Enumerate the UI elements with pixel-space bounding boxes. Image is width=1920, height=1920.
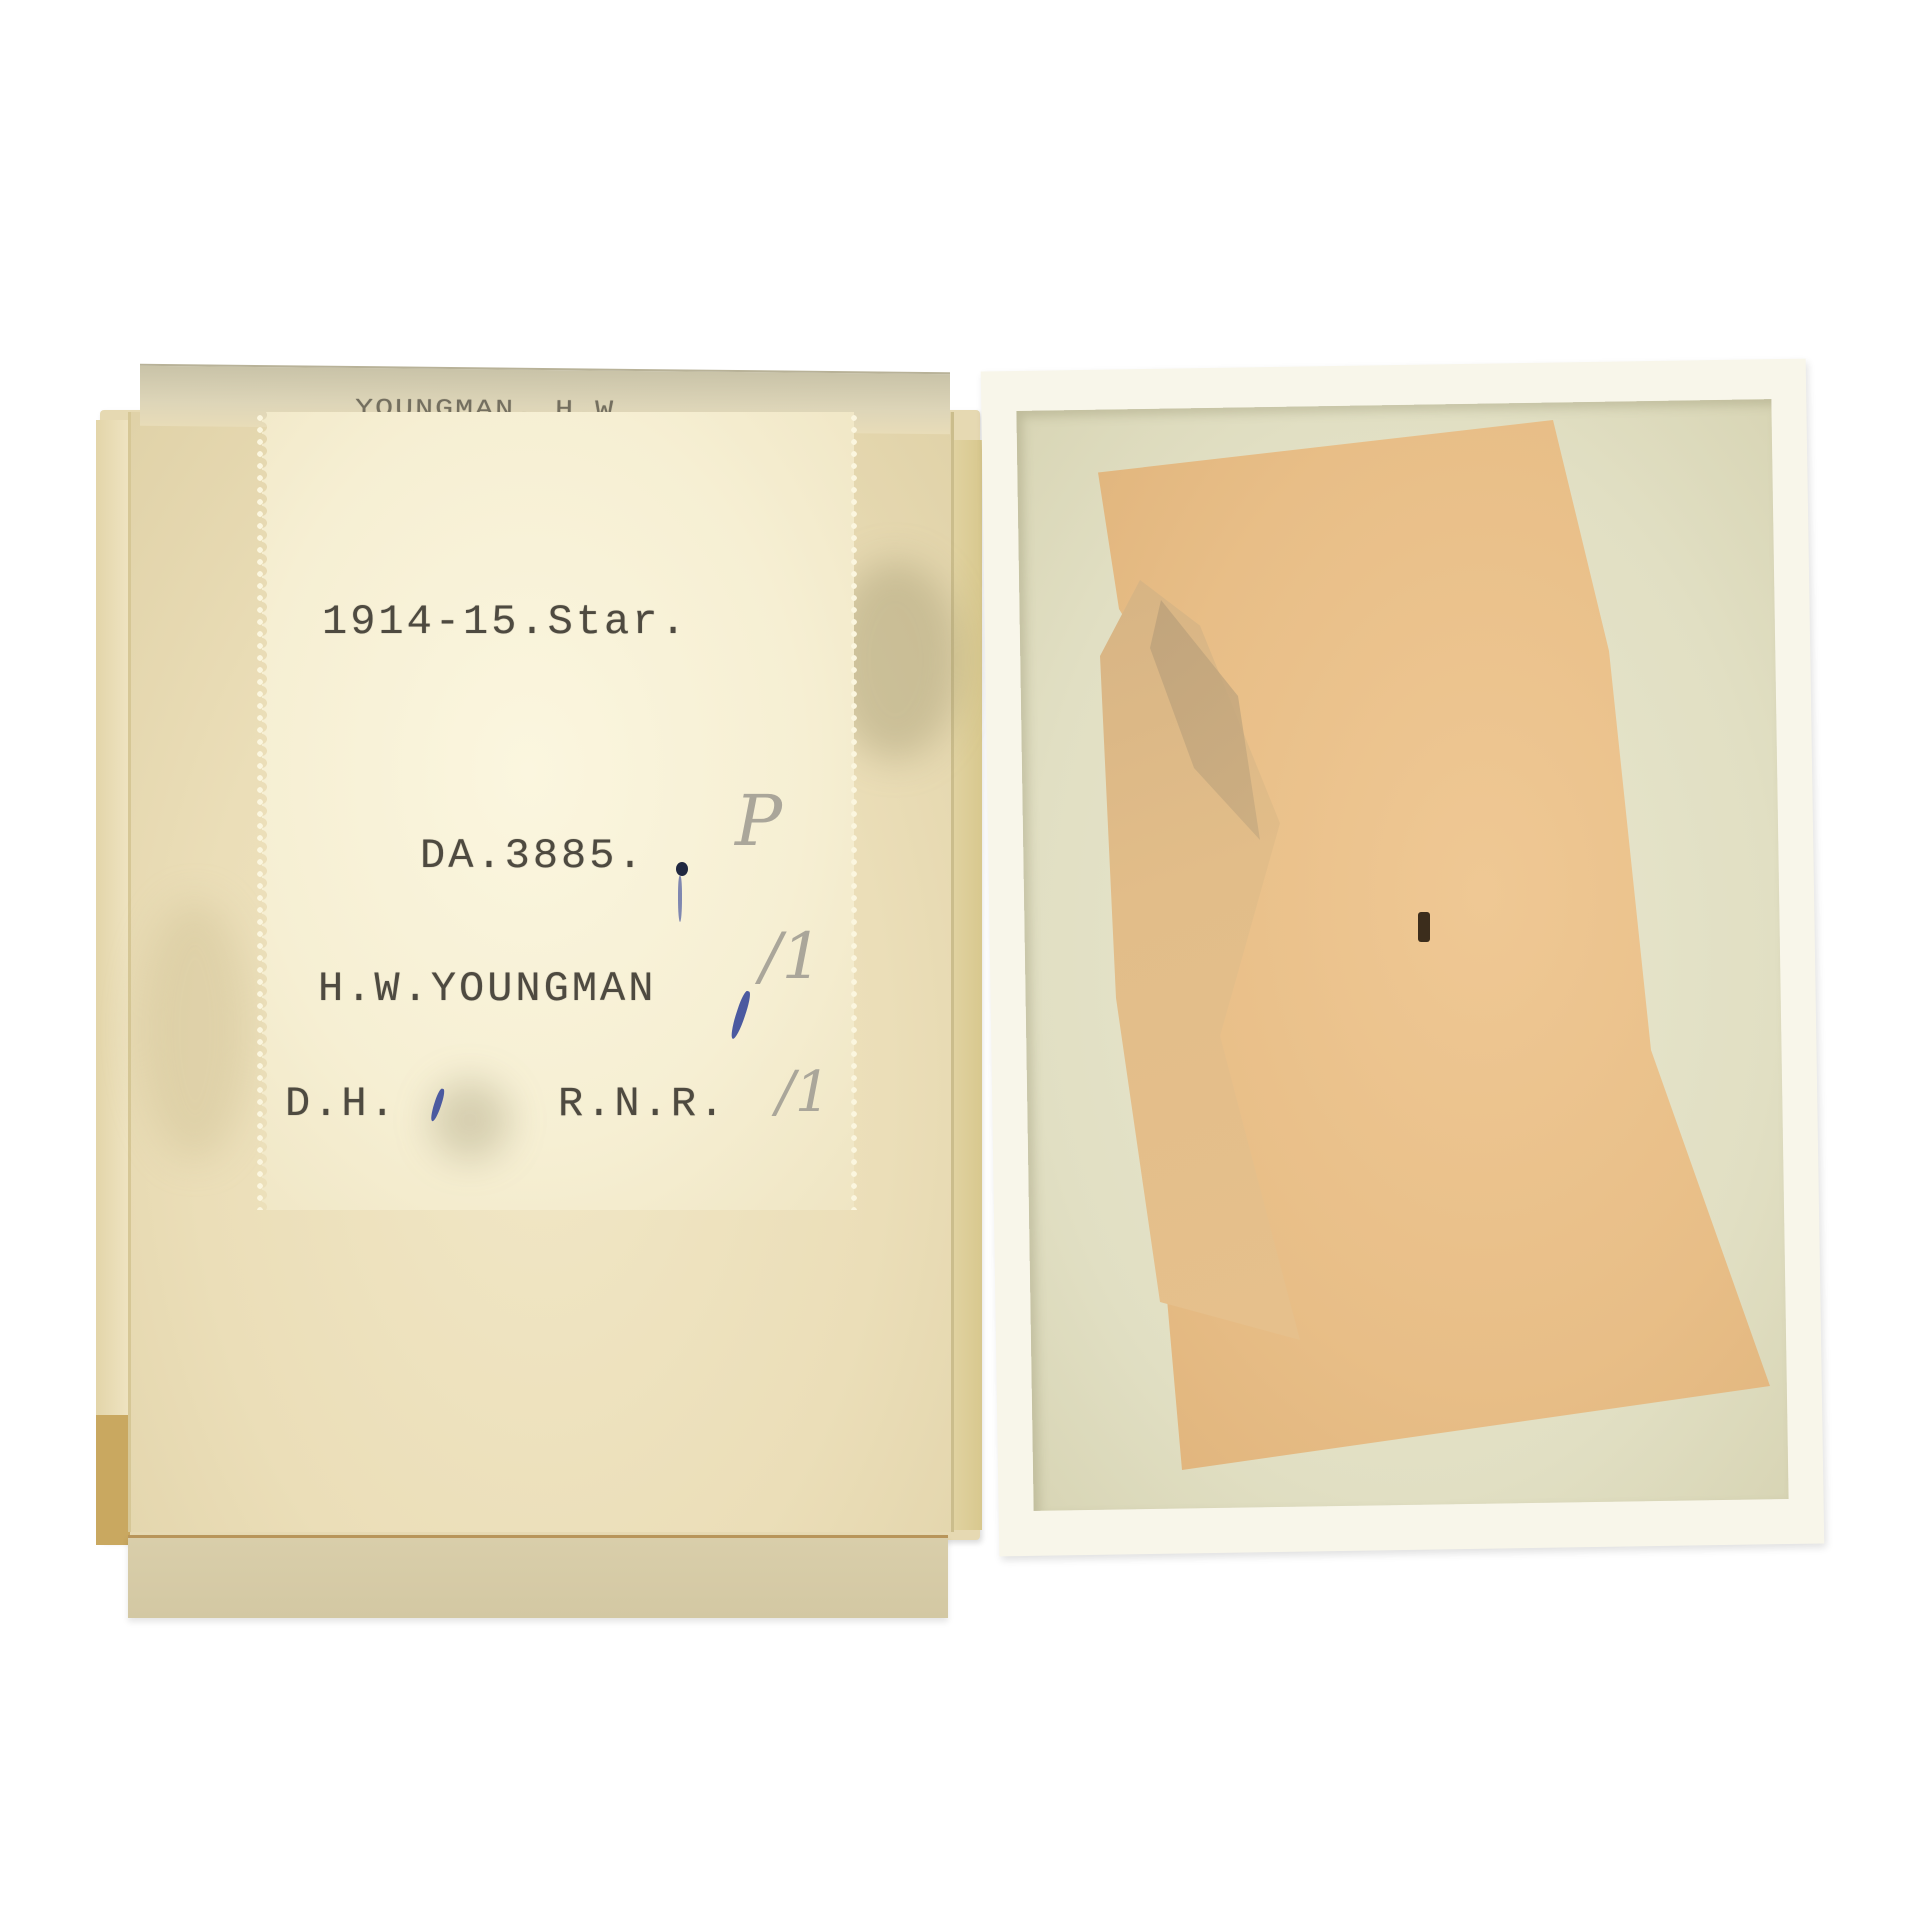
label-left-perforation [256, 412, 264, 1210]
pencil-mark: /1 [760, 920, 822, 994]
pencil-mark: P [735, 780, 782, 862]
ink-tick [678, 876, 682, 922]
label-rank: D.H. [285, 1080, 398, 1128]
lid-bottom-flap [128, 1535, 948, 1618]
label-recipient-name: H.W.YOUNGMAN [318, 965, 656, 1013]
suede-pad-hole [1418, 912, 1430, 942]
label-unit: R.N.R. [558, 1080, 727, 1128]
lid-left-edge [96, 420, 130, 1540]
label-service-number: DA.3885. [420, 832, 646, 880]
label-right-perforation [850, 412, 858, 1210]
stain [140, 900, 250, 1160]
label-medal-name: 1914-15.Star. [322, 598, 689, 646]
lid-left-edge-stain [96, 1415, 130, 1545]
ink-dot [676, 862, 688, 876]
pencil-mark: /1 [776, 1060, 831, 1125]
